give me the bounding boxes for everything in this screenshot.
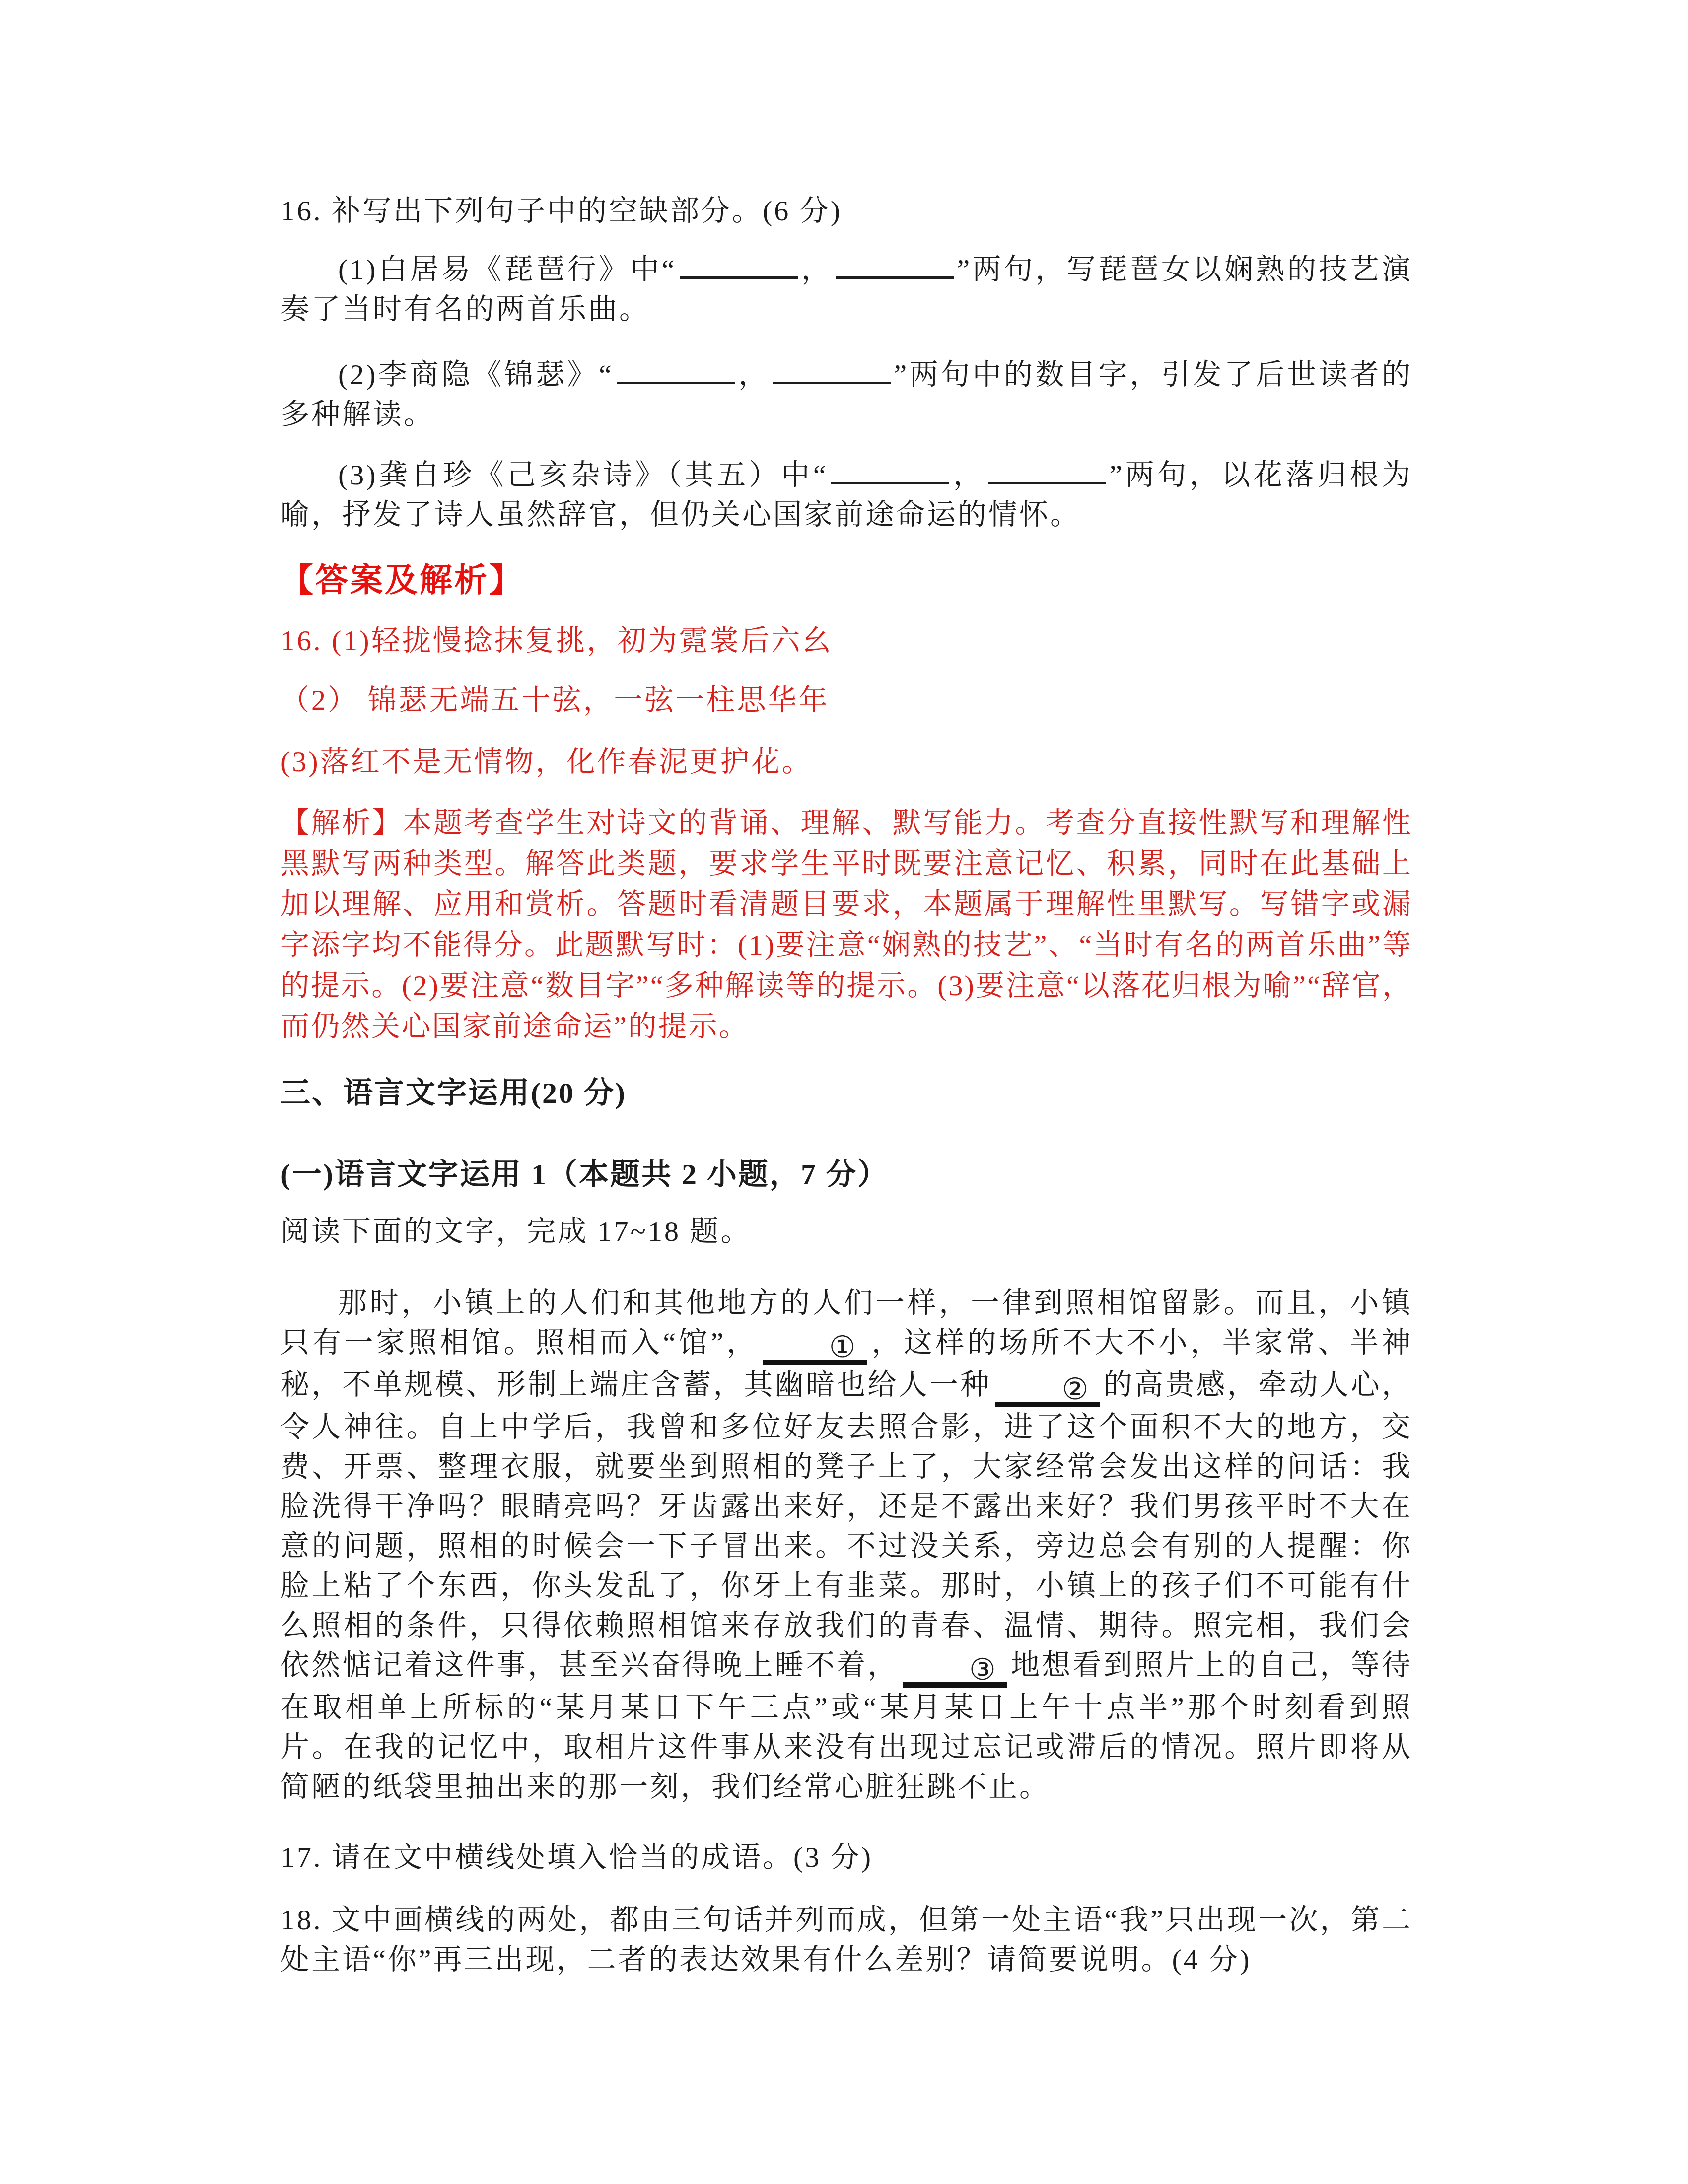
question-17: 17. 请在文中横线处填入恰当的成语。(3 分): [281, 1838, 1412, 1877]
circled-number-1: ①: [829, 1330, 858, 1365]
blank-underline: [773, 376, 891, 384]
item-2-comma: ，: [738, 358, 770, 391]
answer-line-3: (3)落红不是无情物，化作春泥更护花。: [281, 742, 1412, 782]
blank-underline: [831, 476, 949, 484]
page-content: 16. 补写出下列句子中的空缺部分。(6 分) (1)白居易《琵琶行》中“，”两…: [281, 191, 1412, 1979]
item-1-comma: ，: [801, 253, 833, 285]
circled-number-2: ②: [1062, 1372, 1091, 1407]
blank-1-underline: ①: [763, 1328, 867, 1365]
item-2-pre: (2)李商隐《锦瑟》“: [338, 358, 614, 391]
circled-number-3: ③: [969, 1652, 998, 1687]
section-3-heading: 三、语言文字运用(20 分): [281, 1071, 1412, 1115]
question-16-item-1: (1)白居易《琵琶行》中“，”两句，写琵琶女以娴熟的技艺演奏了当时有名的两首乐曲…: [281, 250, 1412, 329]
passage-paragraph: 那时，小镇上的人们和其他地方的人们一样，一律到照相馆留影。而且，小镇只有一家照相…: [281, 1283, 1412, 1807]
exam-document-page: 16. 补写出下列句子中的空缺部分。(6 分) (1)白居易《琵琶行》中“，”两…: [0, 0, 1688, 2184]
blank-3-underline: ③: [903, 1650, 1007, 1688]
passage-segment-3: 的高贵感，牵动人心，令人神往。自上中学后，我曾和多位好友去照合影，进了这个面积不…: [281, 1368, 1412, 1681]
blank-underline: [988, 476, 1106, 484]
answer-line-2: （2） 锦瑟无端五十弦，一弦一柱思华年: [281, 681, 1412, 720]
question-16-item-2: (2)李商隐《锦瑟》“，”两句中的数目字，引发了后世读者的多种解读。: [281, 355, 1412, 434]
item-3-pre: (3)龚自珍《己亥杂诗》（其五）中“: [338, 459, 828, 491]
analysis-paragraph: 【解析】本题考查学生对诗文的背诵、理解、默写能力。考查分直接性默写和理解性黑默写…: [281, 803, 1412, 1047]
question-16-heading: 16. 补写出下列句子中的空缺部分。(6 分): [281, 191, 1412, 231]
reading-intro: 阅读下面的文字，完成 17~18 题。: [281, 1212, 1412, 1251]
blank-underline: [836, 271, 954, 279]
item-1-pre: (1)白居易《琵琶行》中“: [338, 253, 677, 285]
item-3-comma: ，: [952, 459, 985, 491]
question-16-item-3: (3)龚自珍《己亥杂诗》（其五）中“，”两句，以花落归根为喻，抒发了诗人虽然辞官…: [281, 455, 1412, 535]
blank-underline: [680, 271, 798, 279]
question-18: 18. 文中画横线的两处，都由三句话并列而成，但第一处主语“我”只出现一次，第二…: [281, 1900, 1412, 1979]
section-3-subheading: (一)语言文字运用 1（本题共 2 小题，7 分）: [281, 1152, 1412, 1197]
blank-2-underline: ②: [995, 1370, 1100, 1407]
blank-underline: [617, 376, 735, 384]
answers-heading: 【答案及解析】: [281, 558, 1412, 603]
answer-line-1: 16. (1)轻拢慢捻抹复挑，初为霓裳后六幺: [281, 621, 1412, 661]
